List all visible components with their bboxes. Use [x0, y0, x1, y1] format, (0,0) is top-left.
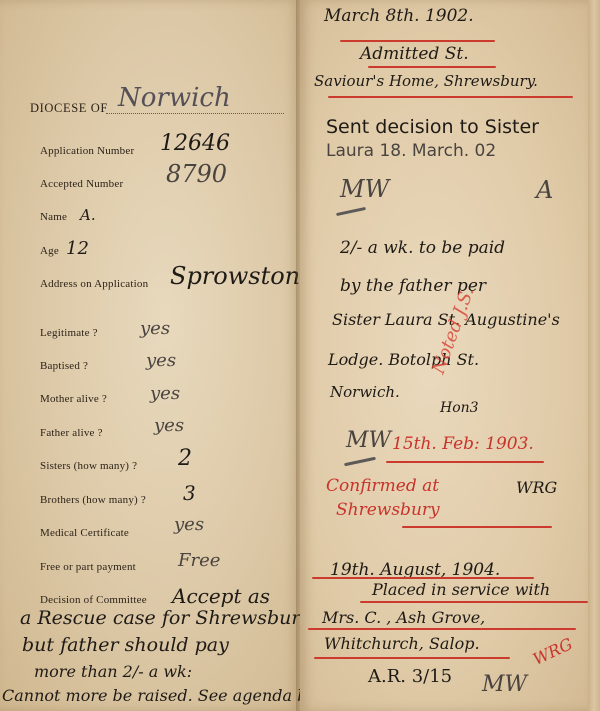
form-page: DIOCESE OF Norwich Application Number 12…	[0, 0, 300, 711]
confirmation-date: 15th. Feb: 1903.	[392, 434, 534, 454]
field-value-name: A.	[80, 206, 96, 224]
field-value-address: Sprowston	[170, 262, 300, 290]
notes-page: March 8th. 1902. Admitted St. Saviour's …	[300, 0, 588, 711]
field-label-sisters: Sisters (how many) ?	[40, 460, 137, 472]
field-value-payment: Free	[178, 550, 220, 571]
service-line-2: Placed in service with	[372, 580, 550, 599]
ink-stroke	[336, 207, 366, 216]
field-label-address: Address on Application	[40, 278, 148, 290]
admission-line-2: Admitted St.	[360, 44, 469, 64]
decision-line-3: more than 2/- a wk:	[34, 662, 192, 681]
confirmation-initials: MW	[346, 428, 391, 453]
payment-line-1: 2/- a wk. to be paid	[340, 238, 505, 258]
ink-stroke	[344, 457, 376, 467]
field-label-medical-certificate: Medical Certificate	[40, 527, 129, 539]
field-value-baptised: yes	[146, 350, 176, 371]
underline	[386, 461, 544, 463]
payment-line-4: Lodge. Botolph St.	[328, 350, 479, 369]
field-label-accepted-number: Accepted Number	[40, 178, 123, 190]
payment-line-5: Norwich.	[330, 383, 400, 401]
sent-decision-line-2: Laura 18. March. 02	[326, 141, 496, 161]
diocese-value: Norwich	[118, 83, 231, 113]
service-initials: MW	[482, 672, 527, 697]
field-value-application-number: 12646	[160, 131, 230, 156]
field-label-decision: Decision of Committee	[40, 594, 147, 606]
field-label-payment: Free or part payment	[40, 561, 136, 573]
sent-decision-line-1: Sent decision to Sister	[326, 116, 539, 138]
payment-signature: Hon3	[440, 400, 479, 416]
field-value-accepted-number: 8790	[166, 160, 227, 188]
confirmation-line-1: Confirmed at	[326, 476, 439, 496]
service-line-4: Whitchurch, Salop.	[324, 634, 480, 653]
field-value-age: 12	[66, 238, 89, 259]
field-label-mother-alive: Mother alive ?	[40, 393, 107, 405]
initials-mw: MW	[340, 175, 389, 203]
decision-line-2: but father should pay	[22, 634, 229, 656]
field-label-father-alive: Father alive ?	[40, 427, 103, 439]
initials-a: A	[536, 176, 553, 204]
confirmation-signature: WRG	[516, 478, 557, 497]
field-label-legitimate: Legitimate ?	[40, 327, 98, 339]
field-label-name: Name	[40, 211, 67, 223]
field-label-brothers: Brothers (how many) ?	[40, 494, 146, 506]
service-signature: WRG	[530, 634, 575, 669]
admission-date: March 8th. 1902.	[324, 6, 474, 26]
field-value-father-alive: yes	[154, 415, 184, 436]
field-value-medical-certificate: yes	[174, 514, 204, 535]
field-value-decision: Accept as	[172, 584, 270, 608]
service-line-3: Mrs. C. , Ash Grove,	[322, 608, 485, 627]
underline	[360, 601, 588, 603]
underline	[340, 40, 495, 42]
underline	[314, 657, 510, 659]
diocese-line	[106, 113, 284, 114]
field-label-application-number: Application Number	[40, 145, 134, 157]
field-value-brothers: 3	[183, 481, 196, 505]
field-label-age: Age	[40, 245, 59, 257]
underline	[368, 66, 496, 68]
field-label-baptised: Baptised ?	[40, 360, 88, 372]
application-card: DIOCESE OF Norwich Application Number 12…	[0, 0, 600, 711]
reference-number: A.R. 3/15	[368, 666, 452, 687]
underline	[312, 577, 534, 579]
diocese-label: DIOCESE OF	[30, 101, 108, 116]
underline	[308, 628, 576, 630]
decision-line-1: a Rescue case for Shrewsbury	[20, 607, 311, 629]
underline	[328, 96, 573, 98]
field-value-legitimate: yes	[140, 318, 170, 339]
admission-line-3: Saviour's Home, Shrewsbury.	[314, 72, 538, 90]
underline	[402, 526, 552, 528]
next-page-edge	[588, 0, 600, 711]
field-value-sisters: 2	[178, 446, 192, 471]
field-value-mother-alive: yes	[150, 383, 180, 404]
confirmation-line-2: Shrewsbury	[336, 500, 440, 520]
